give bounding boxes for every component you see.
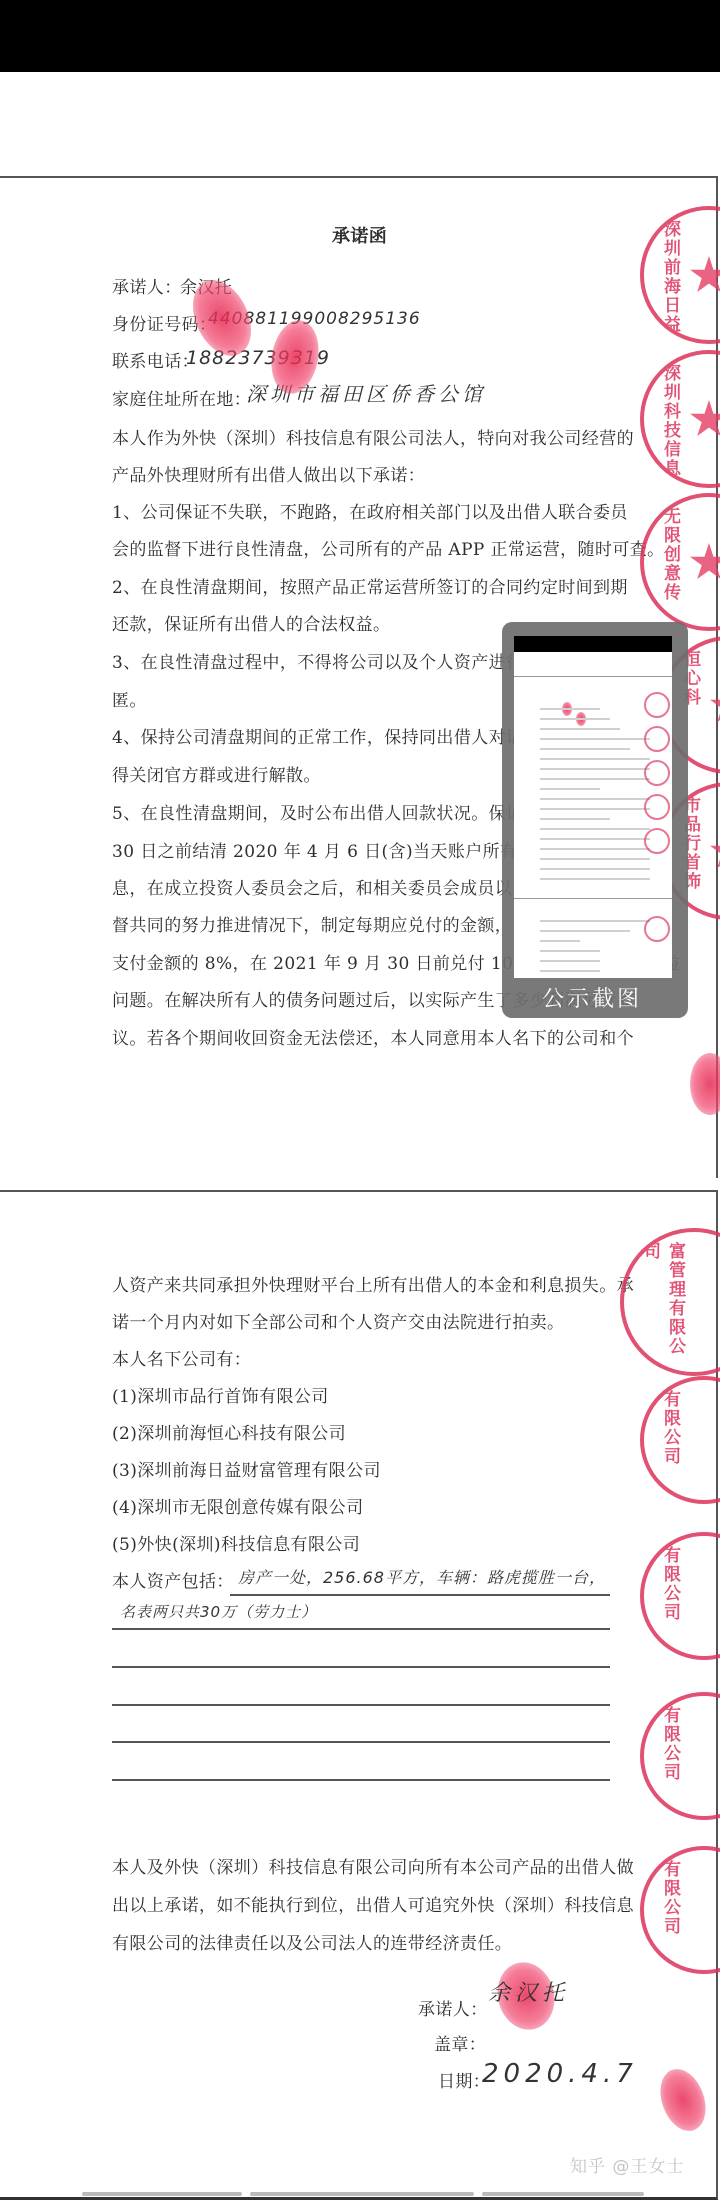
paragraph-line: 5、在良性清盘期间，及时公布出借人回款状况。保证于 — [112, 804, 541, 824]
closing-line: 本人及外快（深圳）科技信息有限公司向所有本公司产品的出借人做 — [112, 1858, 634, 1878]
paragraph-line: 还款，保证所有出借人的合法权益。 — [112, 615, 390, 635]
underline — [230, 1594, 610, 1596]
assets-handwritten-line-1: 房产一处，256.68平方，车辆：路虎揽胜一台， — [238, 1568, 606, 1588]
company-item: (5)外快(深圳)科技信息有限公司 — [112, 1535, 360, 1555]
company-item: (1)深圳市品行首饰有限公司 — [112, 1387, 329, 1407]
stamp-label: 盖章： — [434, 2035, 486, 2055]
top-black-bar — [0, 0, 720, 72]
star-icon: ★ — [689, 537, 720, 588]
company-seal: ★ 深圳前海日益 — [640, 206, 720, 344]
paragraph-line: 督共同的努力推进情况下，制定每期应兑付的金额，每 — [112, 916, 530, 936]
scroll-indicator[interactable] — [82, 2192, 242, 2196]
star-icon: ★ — [689, 394, 720, 445]
thumbnail-caption: 公示截图 — [542, 982, 642, 1013]
star-icon: ★ — [689, 250, 720, 301]
company-seal: ★ 无限创意传 — [640, 493, 720, 631]
assets-label: 本人资产包括： — [112, 1572, 234, 1592]
underline — [112, 1666, 610, 1668]
screenshot-thumbnail-overlay[interactable]: 公示截图 — [502, 622, 688, 1018]
paragraph-line: 匿。 — [112, 691, 147, 711]
underline — [112, 1779, 610, 1781]
address-label: 家庭住址所在地： — [112, 390, 251, 410]
paragraph-line: 30 日之前结清 2020 年 4 月 6 日(含)当天账户所有出借 — [112, 842, 552, 862]
star-icon: ★ — [709, 826, 720, 877]
paragraph-line: 2、在良性清盘期间，按照产品正常运营所签订的合同约定时间到期 — [112, 578, 628, 598]
scroll-indicator[interactable] — [482, 2192, 644, 2196]
thumbnail-document-preview — [514, 636, 672, 978]
underline — [112, 1741, 610, 1743]
companies-heading: 本人名下公司有： — [112, 1350, 251, 1370]
paragraph-line: 人资产来共同承担外快理财平台上所有出借人的本金和利息损失。承 — [112, 1276, 634, 1296]
paragraph-line: 1、公司保证不失联，不跑路，在政府相关部门以及出借人联合委员 — [112, 503, 628, 523]
company-seal-partial: 有限公司 — [640, 1532, 720, 1660]
company-seal-partial: 有限公司 — [640, 1846, 720, 1974]
company-item: (3)深圳前海日益财富管理有限公司 — [112, 1461, 381, 1481]
signature-label: 承诺人： — [418, 2000, 488, 2020]
fingerprint-mark — [690, 1053, 720, 1115]
date-handwritten: 2020.4.7 — [482, 2064, 638, 2084]
company-seal-partial: 富管理有限公司 — [620, 1228, 720, 1376]
underline — [112, 1628, 610, 1630]
paragraph-line: 息，在成立投资人委员会之后，和相关委员会成员以及 — [112, 879, 530, 899]
paragraph-line: 4、保持公司清盘期间的正常工作，保持同出借人对话 — [112, 728, 523, 748]
paragraph-line: 本人作为外快（深圳）科技信息有限公司法人，特向对我公司经营的 — [112, 429, 634, 449]
signature-handwritten: 余汉托 — [488, 1984, 569, 2004]
star-icon: ★ — [709, 680, 720, 731]
underline — [112, 1704, 610, 1706]
fingerprint-mark — [652, 2063, 713, 2138]
paragraph-line: 会的监督下进行良性清盘，公司所有的产品 APP 正常运营，随时可查。 — [112, 540, 665, 560]
zhihu-watermark: 知乎 @王女士 — [570, 2152, 684, 2177]
company-item: (4)深圳市无限创意传媒有限公司 — [112, 1498, 363, 1518]
promisor-label: 承诺人： — [112, 278, 182, 298]
closing-line: 出以上承诺，如不能执行到位，出借人可追究外快（深圳）科技信息 — [112, 1896, 634, 1916]
closing-line: 有限公司的法律责任以及公司法人的连带经济责任。 — [112, 1934, 512, 1954]
company-seal-partial: 有限公司 — [640, 1376, 720, 1504]
assets-handwritten-line-2: 名表两只共30万（劳力士） — [120, 1602, 317, 1622]
paragraph-line: 议。若各个期间收回资金无法偿还，本人同意用本人名下的公司和个 — [112, 1029, 634, 1049]
paragraph-line: 得关闭官方群或进行解散。 — [112, 766, 321, 786]
document-title: 承诺函 — [332, 227, 387, 247]
company-seal-partial: 有限公司 — [640, 1692, 720, 1820]
company-seal: ★ 深圳科技信息 — [640, 350, 720, 488]
scroll-indicator[interactable] — [250, 2192, 474, 2196]
paragraph-line: 3、在良性清盘过程中，不得将公司以及个人资产进行 — [112, 653, 523, 673]
document-page-2: 人资产来共同承担外快理财平台上所有出借人的本金和利息损失。承 诺一个月内对如下全… — [0, 1190, 718, 2200]
paragraph-line: 诺一个月内对如下全部公司和个人资产交由法院进行拍卖。 — [112, 1313, 564, 1333]
paragraph-line: 产品外快理财所有出借人做出以下承诺： — [112, 466, 425, 486]
company-item: (2)深圳前海恒心科技有限公司 — [112, 1424, 346, 1444]
